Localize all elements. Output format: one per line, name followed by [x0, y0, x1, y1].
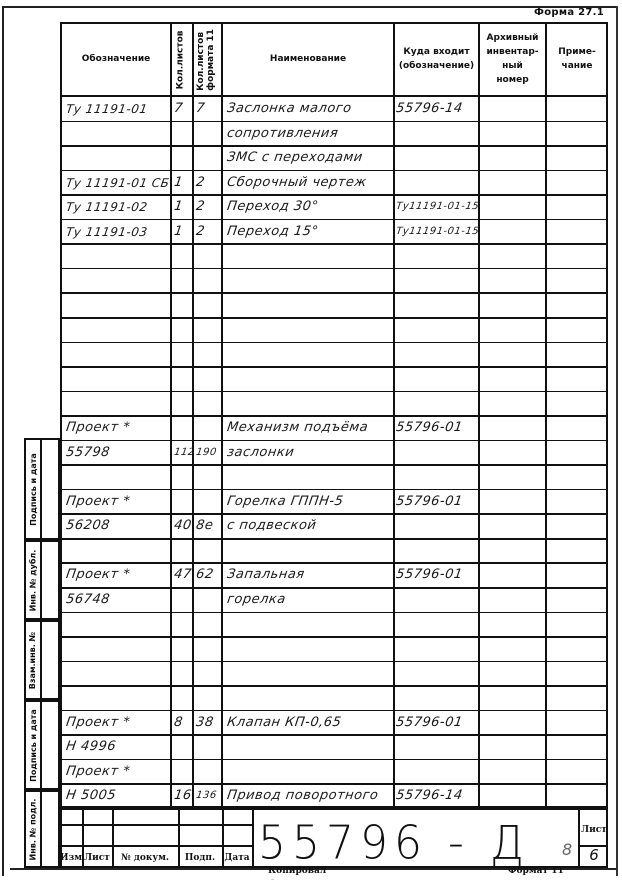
- cell-designation: Проект *: [66, 563, 130, 587]
- row-divider: [60, 391, 608, 393]
- cell-designation-text: Н 4996: [64, 735, 117, 759]
- cell-sheets-text: 8: [172, 711, 184, 735]
- row-divider: [60, 612, 608, 614]
- cell-sheets-f11: 2: [196, 195, 205, 219]
- cell-name: сопротивления: [227, 122, 338, 146]
- cell-sheets: 40: [174, 514, 192, 538]
- cell-sheets-f11: 2: [196, 171, 205, 195]
- stamp-label-1: Лист: [82, 851, 112, 865]
- cell-designation: Проект *: [66, 416, 130, 440]
- row-divider: [60, 538, 608, 540]
- cell-name: Механизм подъёма: [227, 416, 368, 440]
- cell-designation: Н 4996: [66, 735, 116, 759]
- cell-sheets: 1: [174, 171, 183, 195]
- side-margin-label: Инв. № подл.: [24, 790, 42, 868]
- footer-copied-by: Копировал: [268, 866, 326, 876]
- cell-name: Переход 15°: [227, 220, 318, 244]
- stamp-row-line: [60, 845, 252, 847]
- cell-used-in: 55796-01: [396, 711, 463, 735]
- cell-used-in: 55796-14: [396, 97, 463, 121]
- side-margin-label-text: Подпись и дата: [29, 453, 38, 526]
- cell-sheets-text: 112: [172, 441, 196, 465]
- cell-sheets-f11: 8е: [196, 514, 213, 538]
- cell-name-text: ЗМС с переходами: [225, 146, 364, 170]
- side-margin-label-text: Инв. № подл.: [29, 798, 38, 860]
- cell-designation-text: Проект *: [64, 416, 131, 440]
- cell-sheets-f11-text: 190: [194, 441, 218, 465]
- cell-used-in-text: 55796-01: [394, 563, 464, 587]
- cell-used-in-text: 55796-14: [394, 97, 464, 121]
- header-note: Приме-чание: [547, 24, 607, 96]
- cell-sheets: 47: [174, 563, 192, 587]
- cell-sheets-text: 1: [172, 195, 184, 219]
- footer-format: Формат 11: [508, 866, 564, 876]
- cell-sheets-f11: 136: [196, 784, 217, 808]
- cell-used-in-text: Ту11191-01-15: [394, 220, 480, 244]
- header-designation: Обозначение: [62, 24, 170, 96]
- cell-used-in-text: Ту11191-01-15: [394, 195, 480, 219]
- cell-sheets: 16: [174, 784, 192, 808]
- cell-sheets-text: 1: [172, 220, 184, 244]
- row-divider: [60, 464, 608, 466]
- cell-designation: Проект *: [66, 760, 130, 784]
- cell-name: Горелка ГППН-5: [227, 490, 343, 514]
- cell-name: Переход 30°: [227, 195, 318, 219]
- cell-name-text: Механизм подъёма: [225, 416, 369, 440]
- header-sheets-count: Кол.листов: [171, 24, 192, 96]
- cell-sheets-f11: 2: [196, 220, 205, 244]
- header-archive-number: Архивныйинвентар-ныйномер: [480, 24, 545, 96]
- outer-frame-top: [2, 6, 617, 8]
- row-divider: [60, 661, 608, 663]
- cell-name: заслонки: [227, 441, 294, 465]
- header-sheets-format11-label: Кол.листовформата 11: [197, 29, 217, 91]
- cell-designation-text: Н 5005: [64, 784, 117, 808]
- cell-sheets-f11-text: 8е: [194, 514, 215, 538]
- row-divider: [60, 243, 608, 245]
- cell-sheets-text: 47: [172, 563, 193, 587]
- header-note-label: Приме-чание: [558, 46, 595, 74]
- cell-designation: Проект *: [66, 490, 130, 514]
- cell-used-in: Ту11191-01-15: [396, 220, 479, 244]
- row-divider: [60, 366, 608, 368]
- cell-sheets: 1: [174, 220, 183, 244]
- cell-designation-text: Проект *: [64, 490, 131, 514]
- row-divider: [60, 440, 608, 442]
- stamp-label-0: Изм: [60, 851, 82, 865]
- row-divider: [60, 342, 608, 344]
- cell-name-text: Запальная: [225, 563, 306, 587]
- outer-frame-left: [2, 8, 4, 876]
- stamp-label-3: Подп.: [178, 851, 222, 865]
- cell-name-text: Переход 30°: [225, 195, 320, 219]
- cell-designation: Ту 11191-03: [66, 220, 148, 244]
- header-archive-number-label: Архивныйинвентар-ныйномер: [480, 32, 545, 88]
- cell-designation-text: Ту 11191-01 СБ: [64, 171, 171, 195]
- cell-name: ЗМС с переходами: [227, 146, 363, 170]
- stamp-label-4: Дата: [222, 851, 252, 865]
- cell-name: горелка: [227, 588, 286, 612]
- cell-designation-text: Проект *: [64, 563, 131, 587]
- cell-sheets-f11: 38: [196, 711, 214, 735]
- cell-sheets-f11-text: 2: [194, 220, 206, 244]
- side-margin-label-text: Подпись и дата: [29, 709, 38, 782]
- cell-name: Клапан КП-0,65: [227, 711, 341, 735]
- side-margin-label: Подпись и дата: [24, 438, 42, 540]
- cell-designation: Ту 11191-01: [66, 97, 148, 121]
- side-margin-label-text: Взам.инв. №: [29, 631, 38, 688]
- row-divider: [60, 636, 608, 638]
- cell-designation-text: Ту 11191-03: [64, 220, 149, 244]
- cell-designation: Н 5005: [66, 784, 116, 808]
- row-divider: [60, 317, 608, 319]
- cell-used-in-text: 55796-01: [394, 416, 464, 440]
- stamp-row-line: [60, 824, 252, 826]
- header-sheets-format11: Кол.листовформата 11: [193, 24, 221, 96]
- cell-sheets-f11-text: 2: [194, 195, 206, 219]
- side-margin-label: Подпись и дата: [24, 700, 42, 790]
- cell-used-in: Ту11191-01-15: [396, 195, 479, 219]
- cell-name: Запальная: [227, 563, 305, 587]
- pencil-note: 8: [562, 840, 572, 859]
- cell-name-text: Переход 15°: [225, 220, 320, 244]
- cell-used-in: 55796-01: [396, 490, 463, 514]
- cell-name: Сборочный чертеж: [227, 171, 367, 195]
- cell-name: Привод поворотного: [227, 784, 378, 808]
- cell-designation: Проект *: [66, 711, 130, 735]
- cell-designation-text: Проект *: [64, 760, 131, 784]
- cell-sheets-text: 7: [172, 97, 184, 121]
- cell-name-text: Привод поворотного: [225, 784, 380, 808]
- row-divider: [60, 562, 608, 564]
- side-margin-label: Взам.инв. №: [24, 620, 42, 700]
- cell-sheets-f11-text: 2: [194, 171, 206, 195]
- cell-designation-text: Ту 11191-02: [64, 195, 149, 219]
- cell-name-text: сопротивления: [225, 122, 339, 146]
- row-divider: [60, 759, 608, 761]
- cell-sheets: 8: [174, 711, 183, 735]
- row-divider: [60, 513, 608, 515]
- stamp-top-line: [60, 808, 608, 810]
- cell-designation-text: 56748: [64, 588, 111, 612]
- sheet-label: Лист: [580, 825, 608, 835]
- header-name: Наименование: [223, 24, 393, 96]
- cell-used-in: 55796-01: [396, 416, 463, 440]
- cell-designation: 56208: [66, 514, 110, 538]
- header-sheets-count-label: Кол.листов: [177, 31, 187, 90]
- side-margin-value: [40, 790, 60, 868]
- cell-sheets: 7: [174, 97, 183, 121]
- cell-used-in-text: 55796-14: [394, 784, 464, 808]
- cell-name-text: с подвеской: [225, 514, 318, 538]
- document-code: 55796 - Д 1: [258, 817, 558, 872]
- cell-name-text: Клапан КП-0,65: [225, 711, 343, 735]
- side-margin-value: [40, 620, 60, 700]
- row-divider: [60, 268, 608, 270]
- cell-name-text: Заслонка малого: [225, 97, 353, 121]
- stamp-divider: [252, 808, 254, 866]
- cell-sheets-f11-text: 7: [194, 97, 206, 121]
- cell-name-text: Сборочный чертеж: [225, 171, 368, 195]
- cell-name-text: Горелка ГППН-5: [225, 490, 345, 514]
- cell-sheets: 112: [174, 441, 195, 465]
- cell-used-in-text: 55796-01: [394, 711, 464, 735]
- cell-sheets-f11: 62: [196, 563, 214, 587]
- side-margin-value: [40, 540, 60, 620]
- form-label: Форма 27.1: [534, 7, 604, 18]
- row-divider: [60, 685, 608, 687]
- side-margin-value: [40, 438, 60, 540]
- cell-designation-text: 56208: [64, 514, 111, 538]
- cell-sheets-f11: 7: [196, 97, 205, 121]
- cell-used-in: 55796-01: [396, 563, 463, 587]
- side-margin-label-text: Инв. № дубл.: [29, 549, 38, 611]
- cell-name-text: заслонки: [225, 441, 295, 465]
- cell-designation: 55798: [66, 441, 110, 465]
- cell-sheets-text: 40: [172, 514, 193, 538]
- header-used-in: Куда входит(обозначение): [395, 24, 478, 96]
- stamp-label-2: № докум.: [112, 851, 178, 865]
- cell-designation-text: 55798: [64, 441, 111, 465]
- side-margin-value: [40, 700, 60, 790]
- cell-used-in: 55796-14: [396, 784, 463, 808]
- cell-designation: Ту 11191-01 СБ: [66, 171, 169, 195]
- cell-designation: 56748: [66, 588, 110, 612]
- outer-frame-right: [616, 6, 618, 876]
- cell-sheets-text: 16: [172, 784, 193, 808]
- cell-sheets-text: 1: [172, 171, 184, 195]
- cell-designation: Ту 11191-02: [66, 195, 148, 219]
- cell-sheets-f11-text: 136: [194, 784, 218, 808]
- cell-sheets-f11-text: 62: [194, 563, 215, 587]
- cell-sheets-f11-text: 38: [194, 711, 215, 735]
- sheet-number: 6: [580, 846, 608, 864]
- cell-name: с подвеской: [227, 514, 316, 538]
- cell-designation-text: Ту 11191-01: [64, 97, 149, 121]
- row-divider: [60, 292, 608, 294]
- cell-sheets: 1: [174, 195, 183, 219]
- row-divider: [60, 734, 608, 736]
- cell-used-in-text: 55796-01: [394, 490, 464, 514]
- cell-sheets-f11: 190: [196, 441, 217, 465]
- row-divider: [60, 587, 608, 589]
- cell-name: Заслонка малого: [227, 97, 351, 121]
- header-used-in-label: Куда входит(обозначение): [399, 46, 474, 74]
- cell-name-text: горелка: [225, 588, 287, 612]
- side-margin-label: Инв. № дубл.: [24, 540, 42, 620]
- cell-designation-text: Проект *: [64, 711, 131, 735]
